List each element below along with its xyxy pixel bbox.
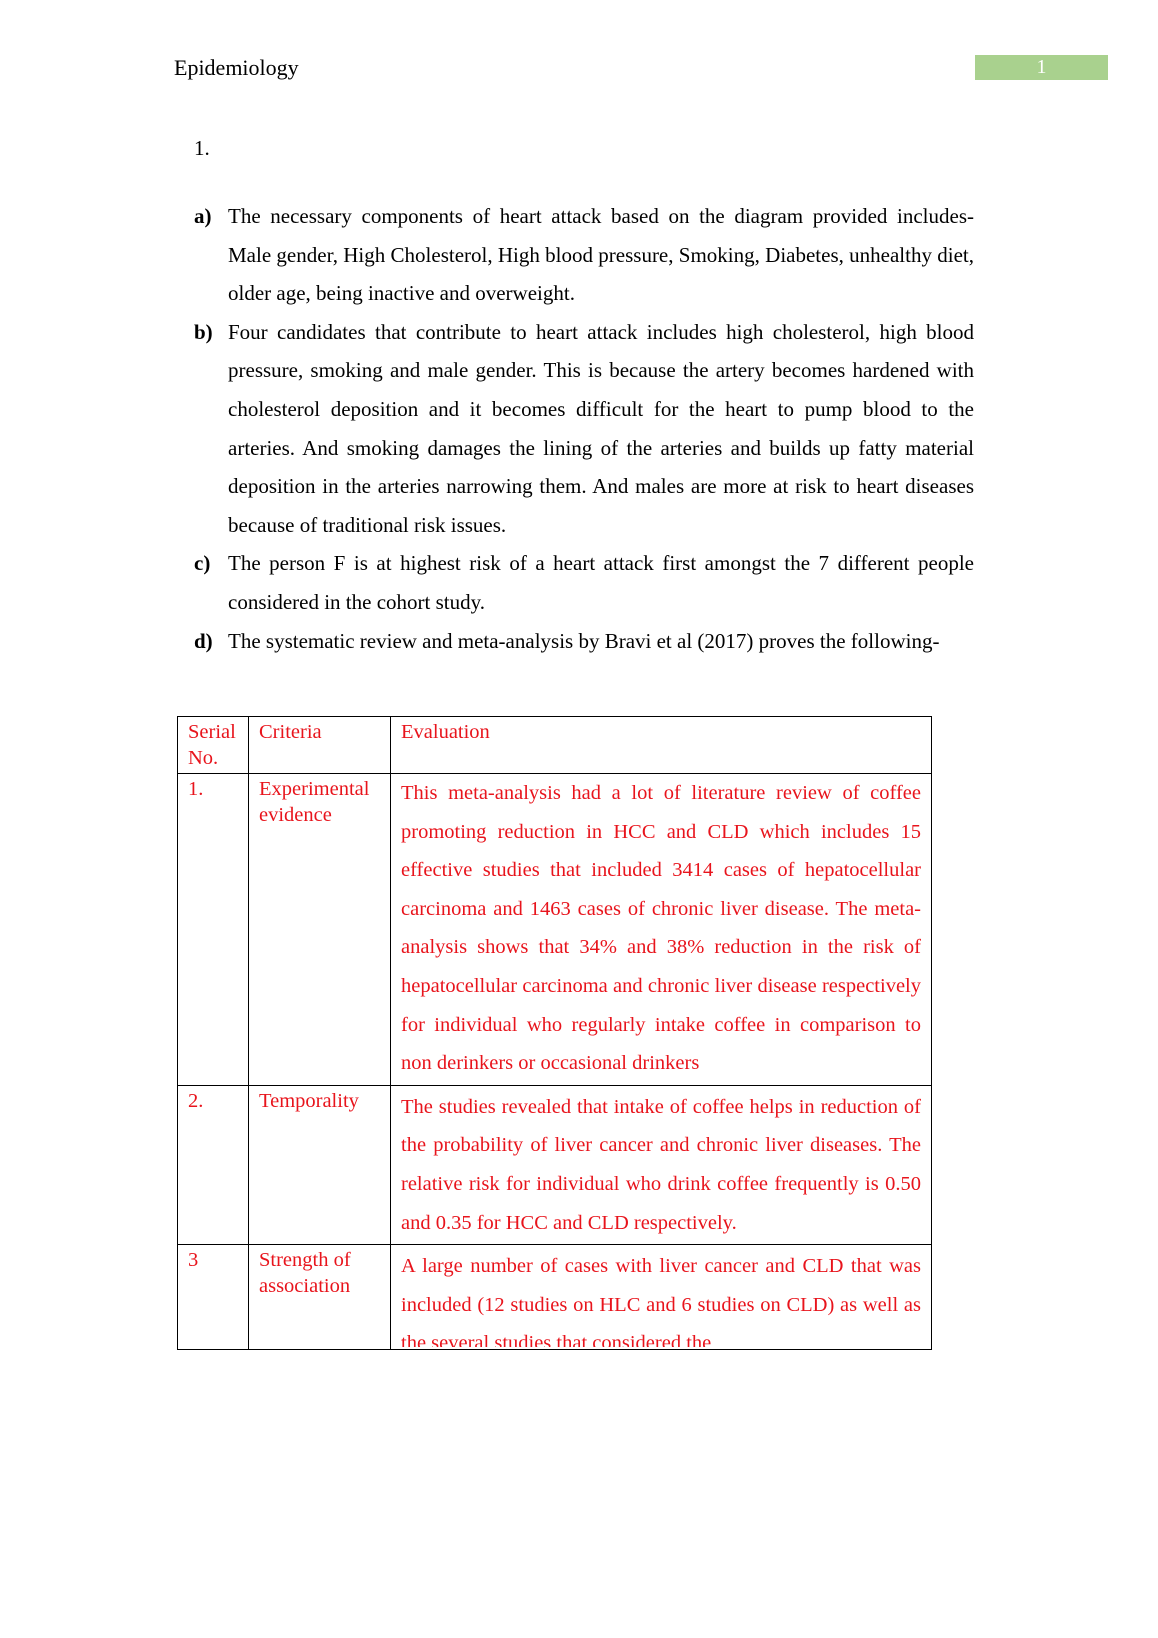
cell-serial: 1. (178, 774, 249, 1086)
cell-serial: 3 (178, 1245, 249, 1350)
answer-text: The necessary components of heart attack… (228, 197, 974, 313)
answer-item-b: b) Four candidates that contribute to he… (194, 313, 974, 545)
table-row: 3 Strength of association A large number… (178, 1245, 932, 1350)
table-row: 1. Experimental evidence This meta-analy… (178, 774, 932, 1086)
header-title: Epidemiology (174, 55, 299, 81)
answer-label: b) (194, 313, 228, 545)
answer-label: c) (194, 544, 228, 621)
answer-label: a) (194, 197, 228, 313)
cell-criteria: Experimental evidence (249, 774, 391, 1086)
evaluation-table: Serial No. Criteria Evaluation 1. Experi… (177, 716, 932, 1350)
answer-text: The systematic review and meta-analysis … (228, 622, 974, 661)
cell-evaluation-cell: A large number of cases with liver cance… (391, 1245, 932, 1350)
cell-evaluation: The studies revealed that intake of coff… (391, 1085, 932, 1244)
answer-item-c: c) The person F is at highest risk of a … (194, 544, 974, 621)
cell-criteria: Temporality (249, 1085, 391, 1244)
answer-text: Four candidates that contribute to heart… (228, 313, 974, 545)
cell-serial: 2. (178, 1085, 249, 1244)
answer-item-d: d) The systematic review and meta-analys… (194, 622, 974, 661)
answer-text: The person F is at highest risk of a hea… (228, 544, 974, 621)
answer-list: a) The necessary components of heart att… (194, 197, 974, 660)
page-number-badge: 1 (975, 55, 1108, 80)
cell-evaluation: A large number of cases with liver cance… (401, 1247, 921, 1347)
answer-item-a: a) The necessary components of heart att… (194, 197, 974, 313)
cell-evaluation: This meta-analysis had a lot of literatu… (391, 774, 932, 1086)
table-row: 2. Temporality The studies revealed that… (178, 1085, 932, 1244)
table-header-row: Serial No. Criteria Evaluation (178, 717, 932, 774)
header-criteria: Criteria (249, 717, 391, 774)
question-number: 1. (194, 136, 210, 161)
header-serial: Serial No. (178, 717, 249, 774)
answer-label: d) (194, 622, 228, 661)
header-evaluation: Evaluation (391, 717, 932, 774)
cell-criteria: Strength of association (249, 1245, 391, 1350)
